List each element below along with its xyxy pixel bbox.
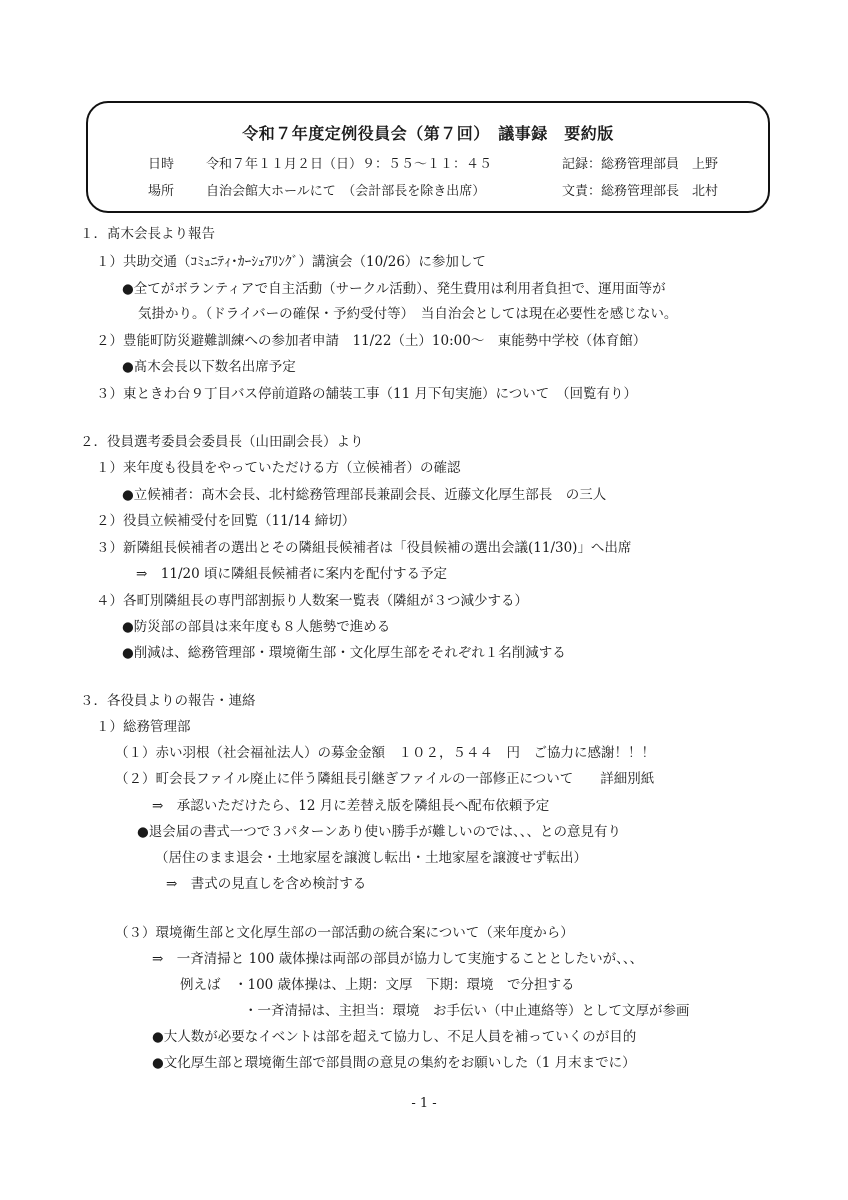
minutes-line: ３．各役員よりの報告・連絡 — [80, 692, 256, 710]
date-label: 日時 — [148, 153, 174, 172]
document-title: 令和７年度定例役員会（第７回） 議事録 要約版 — [88, 121, 768, 144]
minutes-line: （２）町会長ファイル廃止に伴う隣組長引継ぎファイルの一部修正について 詳細別紙 — [115, 770, 654, 788]
minutes-line: ●防災部の部員は来年度も８人態勢で進める — [122, 618, 390, 636]
minutes-line: ３）新隣組長候補者の選出とその隣組長候補者は「役員候補の選出会議(11/30)」… — [96, 539, 631, 557]
minutes-line: ２）豊能町防災避難訓練への参加者申請 11/22（土）10:00～ 東能勢中学校… — [96, 332, 646, 350]
responsible-author: 文責：総務管理部長 北村 — [562, 180, 718, 199]
minutes-line: ３）東ときわ台９丁目バス停前道路の舗装工事（11 月下旬実施）について （回覧有… — [96, 385, 637, 403]
place-label: 場所 — [148, 180, 174, 199]
minutes-line: 気掛かり。（ドライバーの確保・予約受付等） 当自治会としては現在必要性を感じない… — [138, 305, 677, 323]
minutes-line: ●退会届の書式一つで３パターンあり使い勝手が難しいのでは、、、との意見有り — [137, 823, 621, 841]
minutes-line: （１）赤い羽根（社会福祉法人）の募金金額 １０２，５４４ 円 ご協力に感謝！！！ — [115, 744, 655, 762]
minutes-line: ２．役員選考委員会委員長（山田副会長）より — [80, 433, 364, 451]
date-value: 令和７年１１月２日（日）９：５５～１１：４５ — [206, 153, 492, 172]
minutes-line: ●髙木会長以下数名出席予定 — [122, 358, 296, 376]
minutes-line: １）来年度も役員をやっていただける方（立候補者）の確認 — [96, 459, 461, 477]
minutes-line: ●文化厚生部と環境衛生部で部員間の意見の集約をお願いした（1 月末までに） — [152, 1054, 636, 1072]
minutes-line: ⇒ 承認いただけたら、12 月に差替え版を隣組長へ配布依頼予定 — [152, 797, 549, 815]
minutes-line: ４）各町別隣組長の専門部割振り人数案一覧表（隣組が３つ減少する） — [96, 592, 528, 610]
minutes-line: ●立候補者：髙木会長、北村総務管理部長兼副会長、近藤文化厚生部長 の三人 — [122, 486, 606, 504]
minutes-line: 例えば ・100 歳体操は、上期：文厚 下期：環境 で分担する — [180, 976, 575, 994]
minutes-line: １．髙木会長より報告 — [80, 225, 215, 243]
minutes-line: ⇒ 書式の見直しを含め検討する — [166, 875, 366, 893]
minutes-line: ⇒ 一斉清掃と 100 歳体操は両部の部員が協力して実施することとしたいが、、、 — [152, 950, 643, 968]
minutes-line: ●全てがボランティアで自主活動（サークル活動）、発生費用は利用者負担で、運用面等… — [122, 280, 666, 298]
place-value: 自治会館大ホールにて （会計部長を除き出席） — [206, 180, 485, 199]
minutes-line: （３）環境衛生部と文化厚生部の一部活動の統合案について（来年度から） — [115, 924, 574, 942]
minutes-line: １）総務管理部 — [96, 718, 191, 736]
minutes-line: ・一斉清掃は、主担当：環境 お手伝い（中止連絡等）として文厚が参画 — [244, 1002, 690, 1020]
minutes-line: ●大人数が必要なイベントは部を超えて協力し、不足人員を補っていくのが目的 — [152, 1028, 636, 1046]
page-number: - 1 - — [0, 1096, 848, 1111]
recorder: 記録：総務管理部員 上野 — [562, 153, 718, 172]
minutes-line: ⇒ 11/20 頃に隣組長候補者に案内を配付する予定 — [136, 565, 447, 583]
header-box: 令和７年度定例役員会（第７回） 議事録 要約版 日時 令和７年１１月２日（日）９… — [86, 101, 770, 213]
minutes-line: ２）役員立候補受付を回覧（11/14 締切） — [96, 512, 355, 530]
minutes-line: ●削減は、総務管理部・環境衛生部・文化厚生部をそれぞれ１名削減する — [122, 644, 566, 662]
minutes-line: （居住のまま退会・土地家屋を譲渡し転出・土地家屋を譲渡せず転出） — [155, 849, 587, 867]
minutes-line: １）共助交通（ｺﾐｭﾆﾃｨ･ｶｰｼｪｱﾘﾝｸﾞ）講演会（10/26）に参加して — [96, 253, 486, 271]
